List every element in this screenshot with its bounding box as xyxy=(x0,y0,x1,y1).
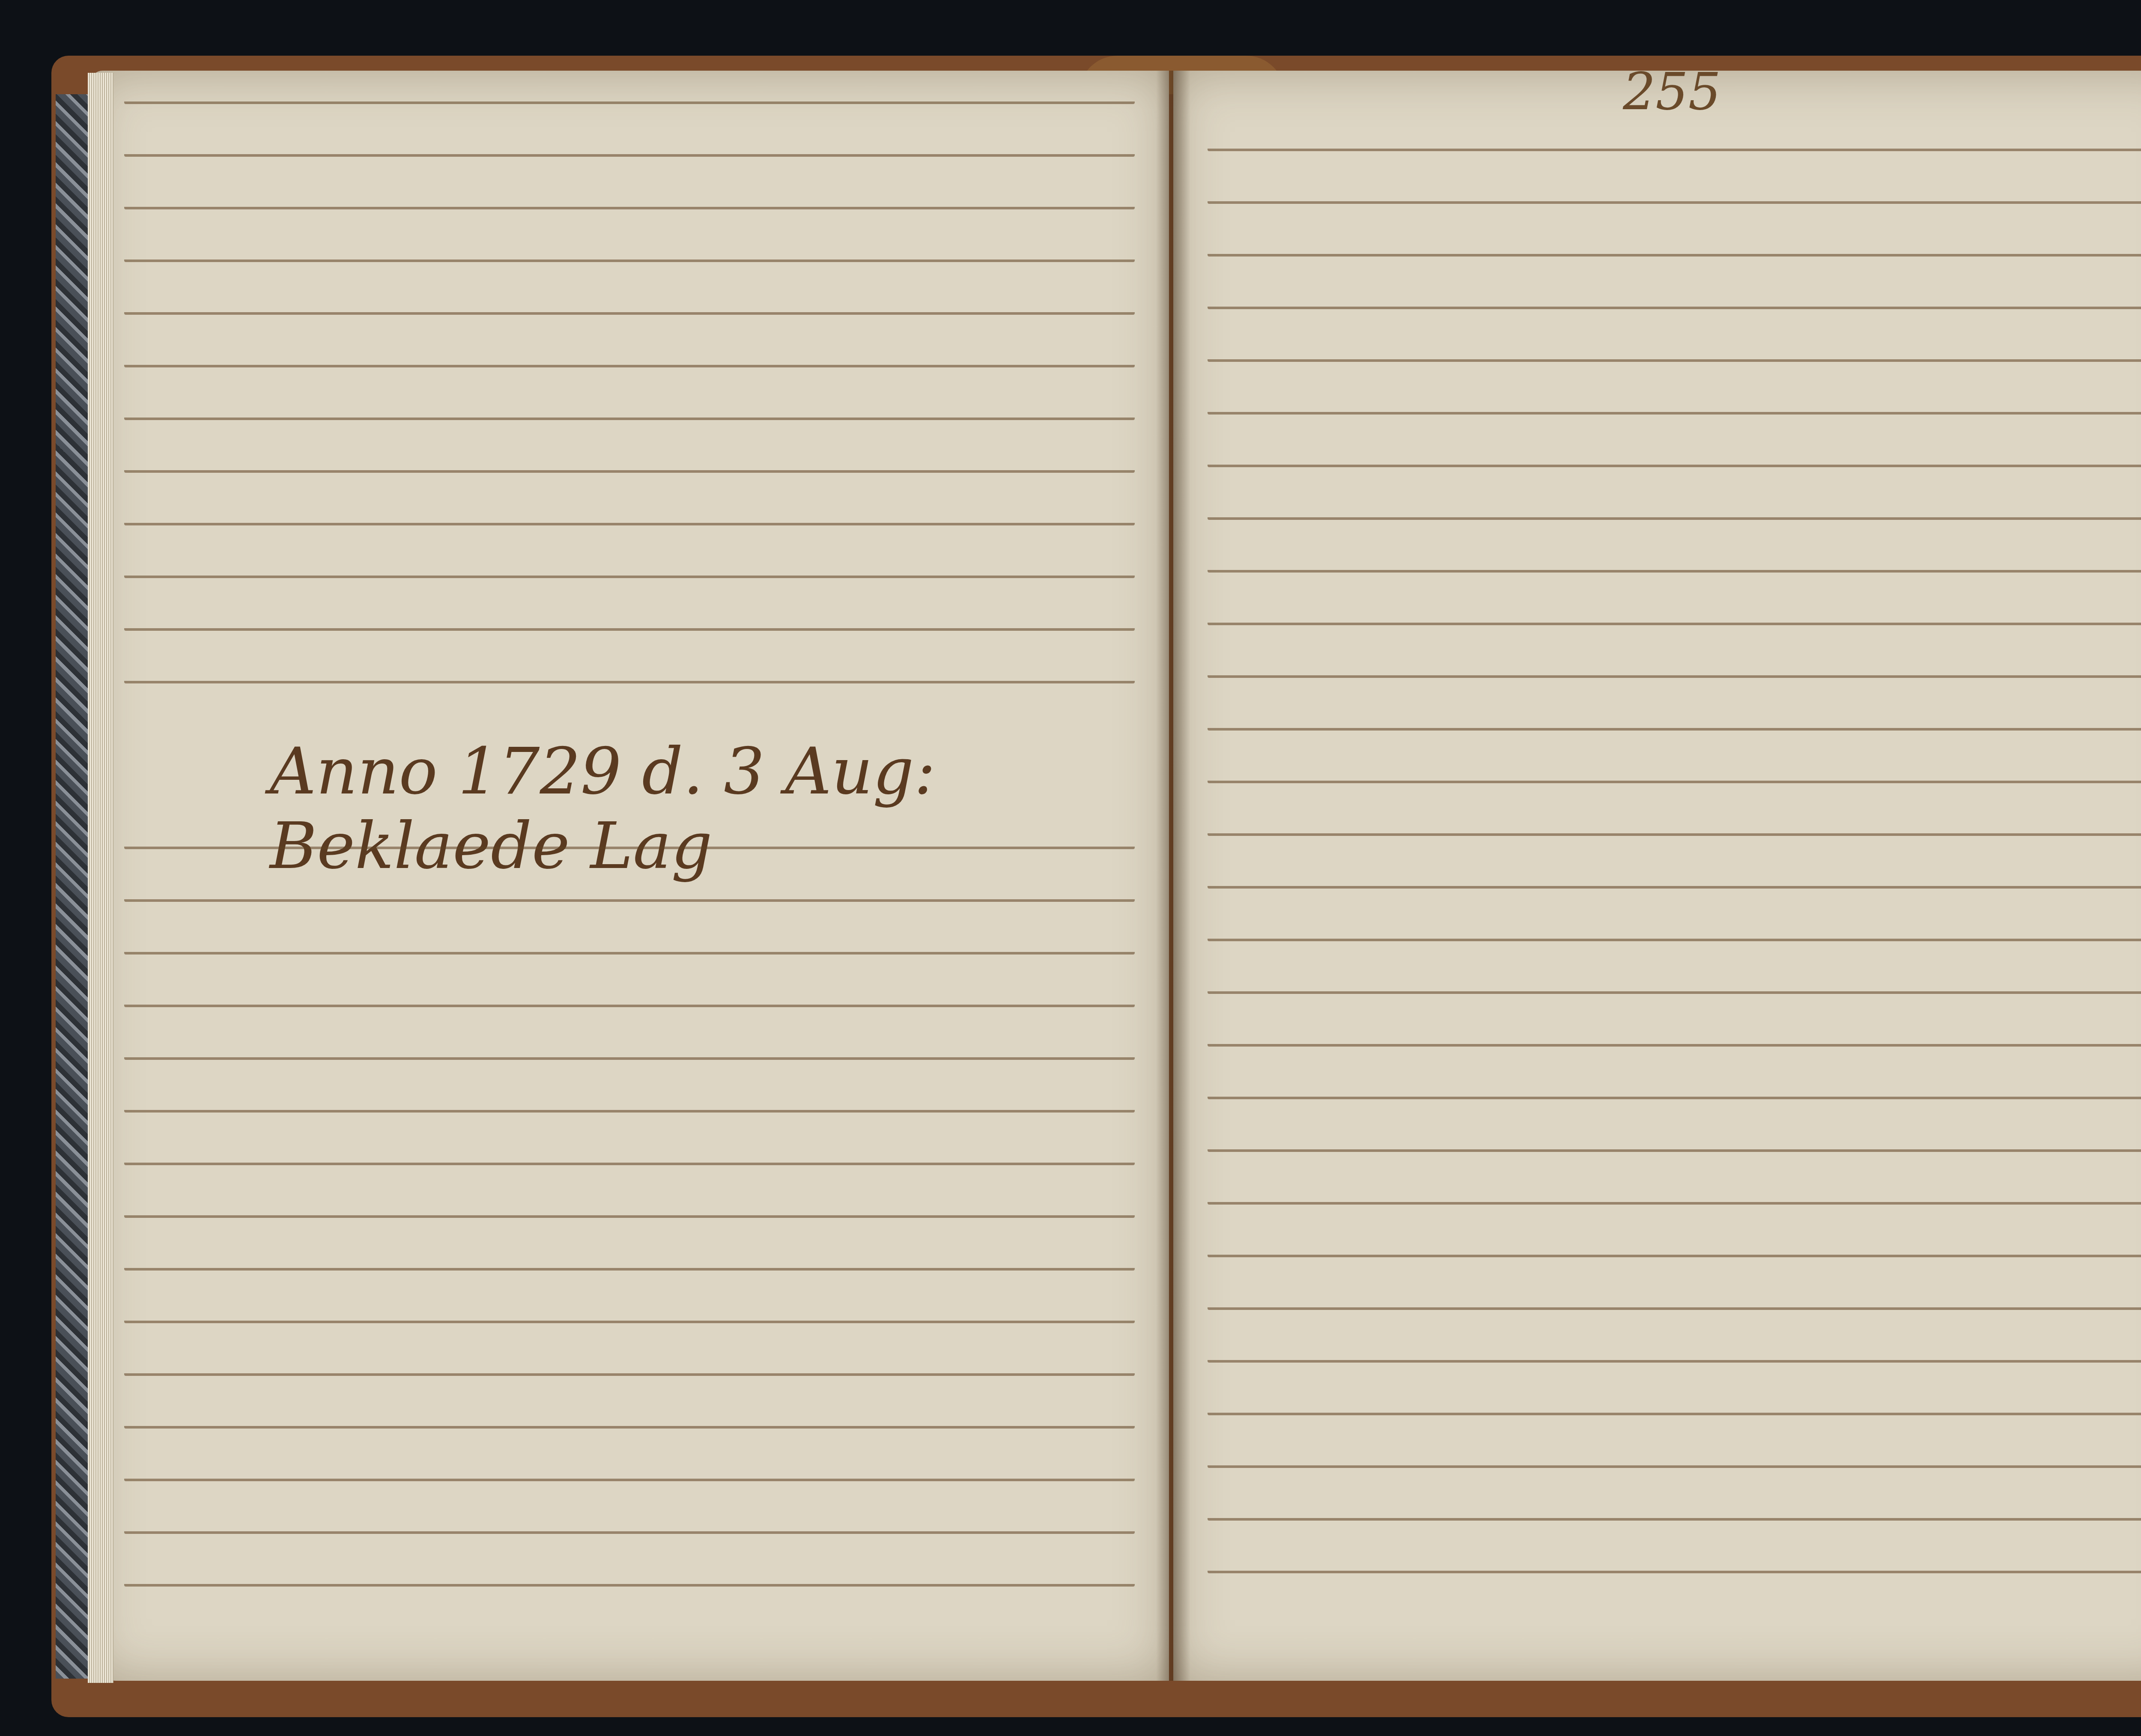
left-page: Anno 1729 d. 3 Aug: Beklaede Lag xyxy=(90,71,1169,1681)
left-page-text xyxy=(124,96,1135,728)
page-edges-left xyxy=(88,73,113,1683)
right-page: 255 xyxy=(1173,71,2141,1681)
left-page-text-lower xyxy=(124,841,1135,1632)
gutter-shadow xyxy=(1156,71,1190,1681)
folio-number: 255 xyxy=(1623,62,1721,122)
right-page-text xyxy=(1208,143,2141,1618)
